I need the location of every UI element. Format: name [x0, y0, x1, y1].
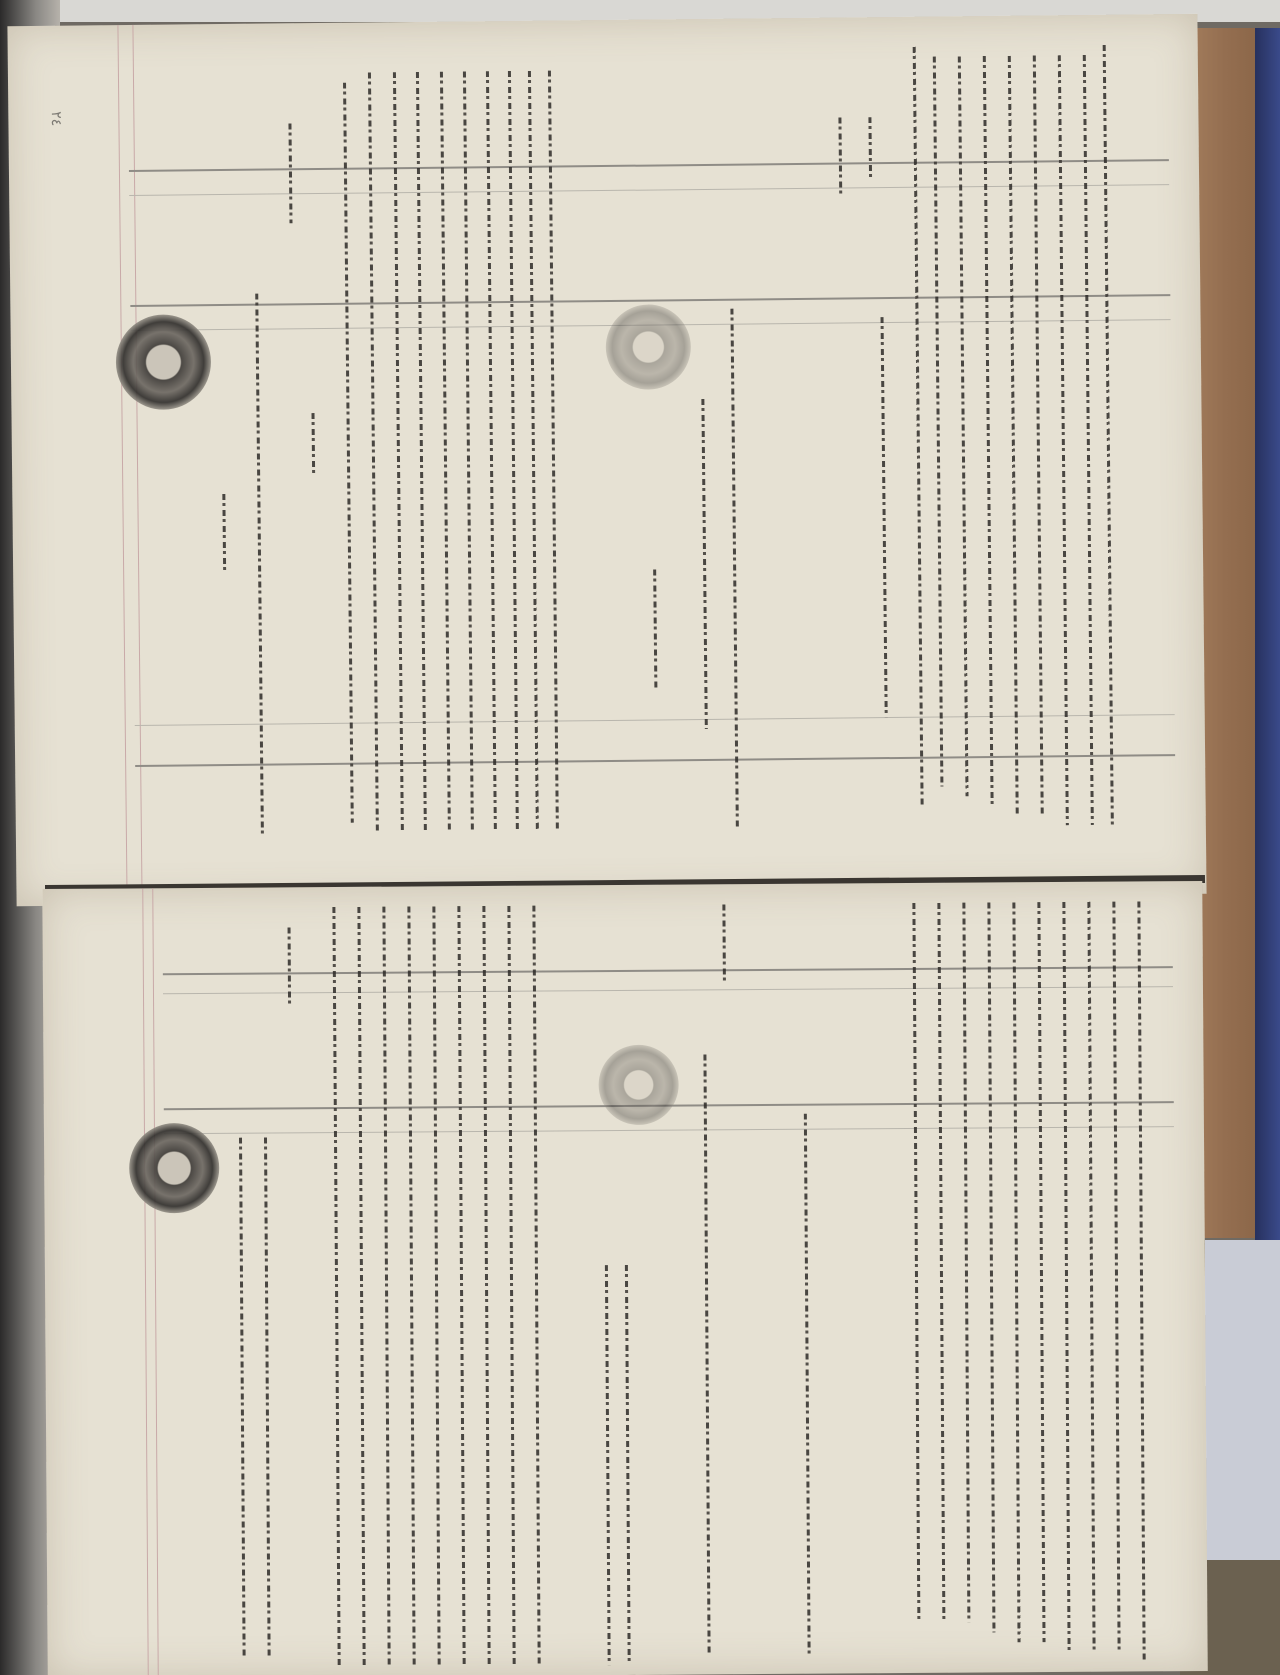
ruled-line [163, 966, 1173, 975]
handwriting-line [730, 309, 738, 829]
handwriting-line [1008, 56, 1019, 816]
handwriting-line [703, 1054, 710, 1654]
handwriting-line [382, 907, 390, 1667]
handwriting-line [368, 72, 379, 832]
handwriting-line [722, 904, 726, 984]
handwriting-line [393, 72, 404, 832]
handwriting-line [804, 1114, 811, 1654]
handwriting-line [528, 71, 539, 831]
handwriting-line [987, 902, 995, 1632]
ledger-page-top: ٢٤ [7, 14, 1206, 906]
handwriting-line [1083, 55, 1094, 825]
ruled-line [163, 986, 1173, 994]
handwriting-line [838, 118, 842, 198]
handwriting-line [532, 906, 540, 1666]
handwriting-line [457, 906, 465, 1666]
handwriting-line [407, 906, 415, 1666]
seal-stamp [605, 304, 691, 390]
margin-line [142, 888, 149, 1675]
handwriting-line [881, 317, 888, 717]
handwriting-line [1137, 901, 1145, 1661]
handwriting-line [486, 71, 497, 831]
margin-line [152, 888, 159, 1675]
handwriting-line [288, 123, 292, 223]
handwriting-line [868, 117, 872, 177]
margin-line [132, 25, 142, 905]
handwriting-line [958, 56, 969, 796]
handwriting-line [264, 1137, 271, 1657]
handwriting-line [440, 72, 451, 832]
handwriting-line [1103, 45, 1114, 825]
handwriting-line [912, 903, 920, 1623]
handwriting-line [482, 906, 490, 1666]
handwriting-line [343, 83, 354, 823]
handwriting-line [1062, 902, 1070, 1652]
handwriting-line [625, 1265, 631, 1665]
page-number: ٢٤ [48, 111, 64, 126]
blue-cloth [1255, 28, 1280, 1428]
handwriting-line [416, 72, 427, 832]
ruled-line [129, 159, 1169, 172]
handwriting-line [255, 294, 264, 834]
handwriting-line [701, 399, 707, 729]
margin-line [117, 25, 127, 905]
handwriting-line [507, 906, 515, 1666]
seal-stamp [115, 314, 211, 410]
seal-stamp [129, 1123, 220, 1214]
ruled-line [135, 714, 1175, 726]
handwriting-line [1058, 55, 1069, 825]
handwriting-line [357, 907, 365, 1667]
handwriting-line [508, 71, 519, 831]
handwriting-line [933, 57, 944, 787]
handwriting-line [983, 56, 994, 806]
handwriting-line [962, 903, 970, 1623]
handwriting-line [1087, 902, 1095, 1652]
ruled-line [135, 754, 1175, 767]
handwriting-line [548, 71, 559, 831]
handwriting-line [311, 413, 315, 473]
handwriting-line [463, 71, 474, 831]
seal-stamp [598, 1045, 679, 1126]
handwriting-line [222, 494, 226, 574]
handwriting-line [288, 927, 292, 1007]
ledger-page-bottom [42, 881, 1207, 1675]
handwriting-line [605, 1265, 611, 1665]
ruled-line [164, 1126, 1174, 1134]
handwriting-line [1037, 902, 1045, 1642]
ruled-line [129, 184, 1169, 196]
handwriting-line [432, 906, 440, 1666]
handwriting-line [1012, 902, 1020, 1642]
handwriting-line [937, 903, 945, 1623]
handwriting-line [1033, 55, 1044, 815]
handwriting-line [239, 1138, 246, 1658]
handwriting-line [332, 907, 340, 1667]
handwriting-line [653, 569, 657, 689]
handwriting-line [1112, 902, 1120, 1652]
